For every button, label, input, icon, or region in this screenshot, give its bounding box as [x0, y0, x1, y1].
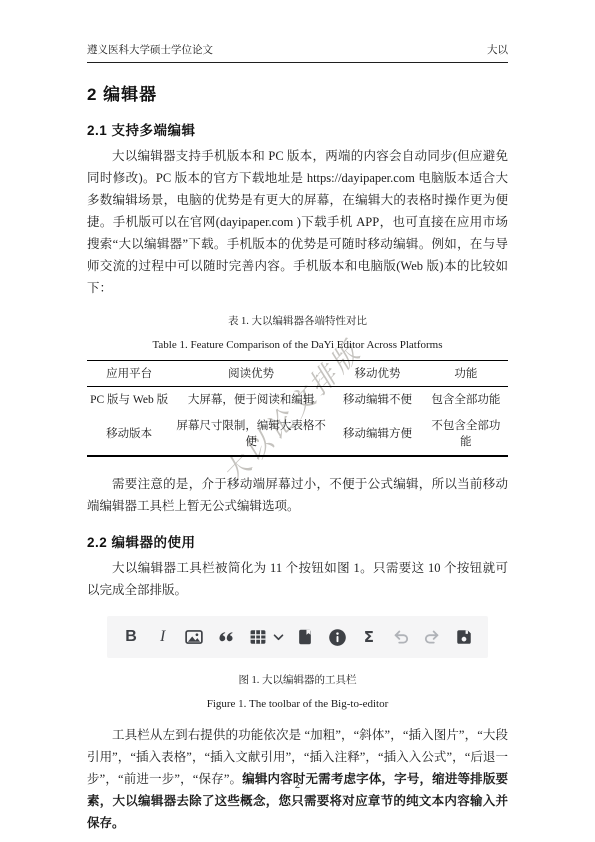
- figure-caption-en: Figure 1. The toolbar of the Big-to-edit…: [87, 698, 508, 710]
- feature-comparison-table: 应用平台 阅读优势 移动优势 功能 PC 版与 Web 版 大屏幕，便于阅读和编…: [87, 360, 508, 457]
- page-number: 2: [0, 780, 595, 791]
- column-header: 移动优势: [331, 361, 424, 387]
- formula-sigma-icon: Σ: [358, 626, 380, 648]
- table-cell: 屏幕尺寸限制，编辑大表格不便: [171, 413, 331, 456]
- table-cell: 大屏幕，便于阅读和编辑: [171, 387, 331, 414]
- figure-caption-zh: 图 1. 大以编辑器的工具栏: [87, 672, 508, 687]
- table-caption-en: Table 1. Feature Comparison of the DaYi …: [87, 339, 508, 351]
- figure-toolbar-screenshot: B I: [107, 616, 488, 658]
- column-header: 阅读优势: [171, 361, 331, 387]
- table-cell: 移动版本: [87, 413, 171, 456]
- italic-icon: I: [152, 626, 174, 648]
- header-left-title: 遵义医科大学硕士学位论文: [87, 42, 213, 57]
- info-icon: [326, 626, 348, 648]
- table-row: 移动版本 屏幕尺寸限制，编辑大表格不便 移动编辑方便 不包含全部功能: [87, 413, 508, 456]
- paragraph-multiplatform: 大以编辑器支持手机版本和 PC 版本，两端的内容会自动同步(但应避免同时修改)。…: [87, 145, 508, 299]
- blockquote-icon: [215, 626, 237, 648]
- running-header: 遵义医科大学硕士学位论文 大以: [87, 42, 508, 63]
- table-header-row: 应用平台 阅读优势 移动优势 功能: [87, 361, 508, 387]
- section-2-2-heading: 2.2 编辑器的使用: [87, 531, 508, 551]
- image-icon: [183, 626, 205, 648]
- table-cell: 移动编辑不便: [331, 387, 424, 414]
- table-caption-zh: 表 1. 大以编辑器各端特性对比: [87, 313, 508, 328]
- table-insert-control: [247, 626, 285, 648]
- chevron-down-icon: [273, 626, 285, 648]
- table-cell: 移动编辑方便: [331, 413, 424, 456]
- table-row: PC 版与 Web 版 大屏幕，便于阅读和编辑 移动编辑不便 包含全部功能: [87, 387, 508, 414]
- save-icon: [453, 626, 475, 648]
- table-cell: PC 版与 Web 版: [87, 387, 171, 414]
- thesis-page: 大以论文排版 遵义医科大学硕士学位论文 大以 2 编辑器 2.1 支持多端编辑 …: [0, 0, 595, 842]
- section-2-1-heading: 2.1 支持多端编辑: [87, 119, 508, 139]
- paragraph-toolbar-intro: 大以编辑器工具栏被简化为 11 个按钮如图 1。只需要这 10 个按钮就可以完成…: [87, 557, 508, 601]
- column-header: 应用平台: [87, 361, 171, 387]
- column-header: 功能: [424, 361, 508, 387]
- redo-icon: [421, 626, 443, 648]
- paragraph-toolbar-functions: 工具栏从左到右提供的功能依次是 “加粗”，“斜体”，“插入图片”，“大段引用”，…: [87, 724, 508, 834]
- chapter-heading: 2 编辑器: [87, 80, 508, 105]
- header-right-title: 大以: [487, 42, 508, 57]
- citation-book-icon: [294, 626, 316, 648]
- undo-icon: [390, 626, 412, 648]
- table-cell: 不包含全部功能: [424, 413, 508, 456]
- table-icon: [247, 626, 269, 648]
- paragraph-mobile-note: 需要注意的是，介于移动端屏幕过小，不便于公式编辑，所以当前移动端编辑器工具栏上暂…: [87, 473, 508, 517]
- table-cell: 包含全部功能: [424, 387, 508, 414]
- bold-icon: B: [120, 626, 142, 648]
